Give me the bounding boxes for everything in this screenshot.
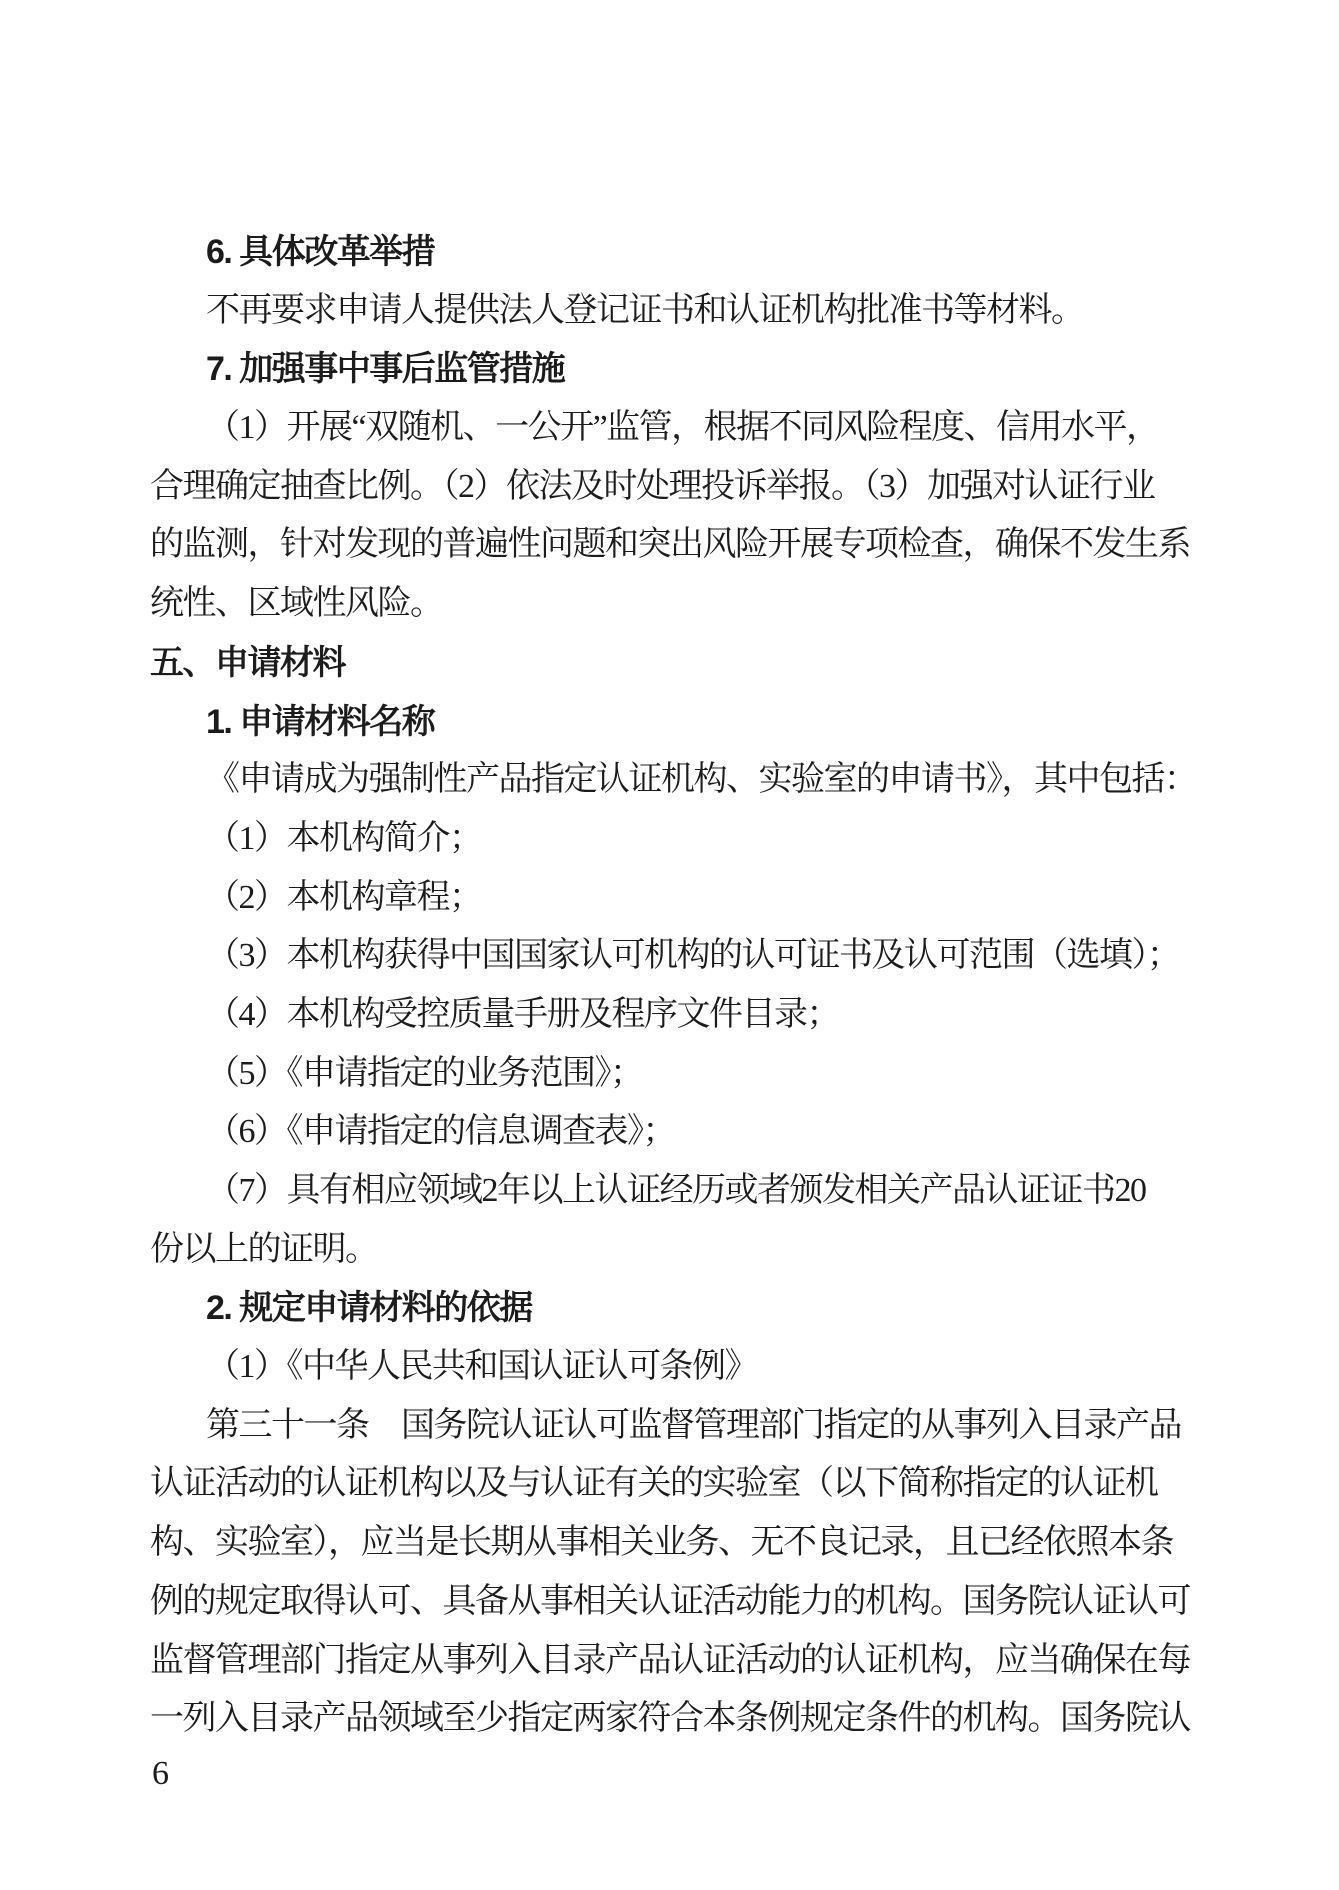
list-item-5-business-scope: （5）《申请指定的业务范围》；	[150, 1045, 1205, 1104]
paragraph-article-31-line-4: 例的规定取得认可、具备从事相关认证活动能力的机构。国务院认证认可	[150, 1573, 1205, 1632]
section-heading-5-application-materials: 五、申请材料	[150, 634, 1205, 693]
heading-1-material-names: 1. 申请材料名称	[150, 693, 1205, 752]
paragraph-article-31-line-2: 认证活动的认证机构以及与认证有关的实验室（以下简称指定的认证机	[150, 1455, 1205, 1514]
list-item-4-quality-manual: （4）本机构受控质量手册及程序文件目录；	[150, 986, 1205, 1045]
heading-2-material-basis: 2. 规定申请材料的依据	[150, 1279, 1205, 1338]
list-item-3-accreditation: （3）本机构获得中国国家认可机构的认可证书及认可范围（选填）；	[150, 927, 1205, 986]
paragraph-supervision-line-1: （1）开展“双随机、一公开”监管，根据不同风险程度、信用水平，	[150, 399, 1205, 458]
paragraph-reform-measures: 不再要求申请人提供法人登记证书和认证机构批准书等材料。	[150, 282, 1205, 341]
document-page: 6. 具体改革举措 不再要求申请人提供法人登记证书和认证机构批准书等材料。 7.…	[0, 0, 1339, 1890]
list-item-7-certification-proof-line-2: 份以上的证明。	[150, 1221, 1205, 1280]
paragraph-article-31-line-1: 第三十一条 国务院认证认可监督管理部门指定的从事列入目录产品	[150, 1397, 1205, 1456]
paragraph-article-31-line-5: 监督管理部门指定从事列入目录产品认证活动的认证机构，应当确保在每	[150, 1632, 1205, 1691]
paragraph-supervision-line-4: 统性、区域性风险。	[150, 575, 1205, 634]
paragraph-regulation-title: （1）《中华人民共和国认证认可条例》	[150, 1338, 1205, 1397]
heading-7-supervision-measures: 7. 加强事中事后监管措施	[150, 340, 1205, 399]
paragraph-supervision-line-2: 合理确定抽查比例。（2）依法及时处理投诉举报。（3）加强对认证行业	[150, 458, 1205, 517]
heading-6-reform-measures: 6. 具体改革举措	[150, 223, 1205, 282]
list-item-6-information-survey: （6）《申请指定的信息调查表》；	[150, 1103, 1205, 1162]
paragraph-application-form-intro: 《申请成为强制性产品指定认证机构、实验室的申请书》，其中包括：	[150, 751, 1205, 810]
paragraph-article-31-line-6: 一列入目录产品领域至少指定两家符合本条例规定条件的机构。国务院认	[150, 1690, 1205, 1749]
list-item-7-certification-proof-line-1: （7）具有相应领域2年以上认证经历或者颁发相关产品认证证书20	[150, 1162, 1205, 1221]
list-item-2-charter: （2）本机构章程；	[150, 869, 1205, 928]
paragraph-article-31-line-3: 构、实验室），应当是长期从事相关业务、无不良记录，且已经依照本条	[150, 1514, 1205, 1573]
list-item-1-introduction: （1）本机构简介；	[150, 810, 1205, 869]
page-number: 6	[152, 1752, 169, 1796]
paragraph-supervision-line-3: 的监测，针对发现的普遍性问题和突出风险开展专项检查，确保不发生系	[150, 516, 1205, 575]
document-body: 6. 具体改革举措 不再要求申请人提供法人登记证书和认证机构批准书等材料。 7.…	[150, 223, 1205, 1749]
